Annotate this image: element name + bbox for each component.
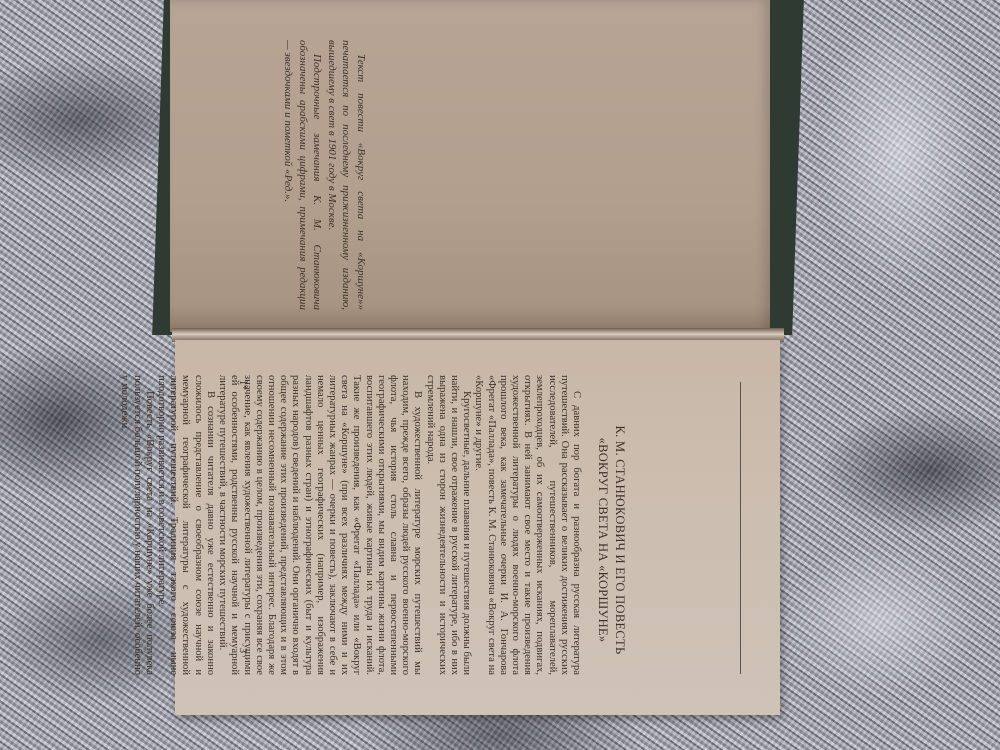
edition-note: Текст повести «Вокруг света на «Коршуне»… <box>281 40 368 310</box>
paragraph: В художественной литературе морских путе… <box>216 375 423 675</box>
footnote-convention-paragraph: Подстрочные замечания К. М. Станюковича … <box>281 40 325 310</box>
edition-note-paragraph: Текст повести «Вокруг света на «Коршуне»… <box>325 40 369 310</box>
heading-rule <box>740 382 741 674</box>
page-number: 3 <box>237 648 248 653</box>
heading-line-1: К. М. СТАНЮКОВИЧ И ЕГО ПОВЕСТЬ <box>611 410 628 670</box>
paragraph: В сознании читателя давно уже естественн… <box>155 375 216 675</box>
chapter-heading: К. М. СТАНЮКОВИЧ И ЕГО ПОВЕСТЬ «ВОКРУГ С… <box>594 410 628 670</box>
signature-mark: 1* <box>237 380 248 390</box>
paragraph: С давних пор богата и разнообразна русск… <box>472 375 582 675</box>
heading-line-2: «ВОКРУГ СВЕТА НА «КОРШУНЕ» <box>594 410 611 670</box>
body-text: С давних пор богата и разнообразна русск… <box>118 375 582 675</box>
paragraph: Кругосветные, дальние плавания и путешес… <box>423 375 472 675</box>
paragraph: Повесть «Вокруг света на «Коршуне» уже б… <box>118 375 155 675</box>
flyleaf-page <box>170 0 770 332</box>
